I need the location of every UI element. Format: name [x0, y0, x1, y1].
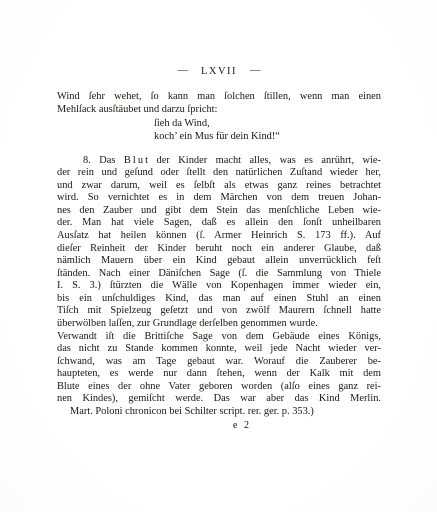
page-number: LXVII [201, 66, 237, 77]
text-line: nes den Zauber und gibt dem Stein das me… [57, 205, 381, 218]
text-line: Mehlſack ausſtäubet und darzu ſpricht: [57, 103, 381, 116]
text-line: ſtänden. Nach einer Däniſchen Sage (ſ. d… [57, 268, 381, 281]
text-line: Wind ſehr wehet, ſo kann man ſolchen ſti… [57, 90, 381, 103]
citation-line: Mart. Poloni chronicon bei Schilter scri… [57, 406, 381, 419]
running-head: —LXVII— [57, 66, 381, 77]
section-paragraph: 8. Das B l u t der Kinder macht alles, w… [57, 155, 381, 419]
verse-line: koch’ ein Mus für dein Kind!“ [57, 130, 381, 143]
text-line: dieſer Reinheit der Kinder beruht noch e… [57, 243, 381, 256]
text-line: haupteten, es werde nur dann ſtehen, wen… [57, 368, 381, 381]
verse-line: ſieh da Wind, [57, 117, 381, 130]
text-line: Ausſatz hat heilen können (ſ. Armer Hein… [57, 230, 381, 243]
text-line: der. Man hat viele Sagen, daß es allein … [57, 217, 381, 230]
text-line: Blute eines der ohne Vater geboren worde… [57, 381, 381, 394]
text-line: überwölben laſſen, zur Grundlage derſelb… [57, 318, 381, 331]
text-line: nen Kindes), gemiſcht werde. Das war abe… [57, 393, 381, 406]
text-line: Tiſch mit Spielzeug geſetzt und von zwöl… [57, 305, 381, 318]
head-left-dash: — [177, 65, 188, 76]
text-line: nämlich Mauern über ein Kind gebaut alle… [57, 255, 381, 268]
text-line: das nicht zu Stande kommen konnte, weil … [57, 343, 381, 356]
intro-paragraph: Wind ſehr wehet, ſo kann man ſolchen ſti… [57, 90, 381, 143]
text-line: Verwandt iſt die Brittiſche Sage von dem… [57, 331, 381, 344]
signature-mark: e 2 [233, 420, 251, 431]
text-line: 8. Das B l u t der Kinder macht alles, w… [57, 155, 381, 168]
text-line: I. S. 3.) ſtürzten die Wälle von Kopenha… [57, 280, 381, 293]
text-line: bis ein unſchuldiges Kind, das man auf e… [57, 293, 381, 306]
head-right-dash: — [250, 65, 261, 76]
book-page: —LXVII— Wind ſehr wehet, ſo kann man ſol… [0, 0, 437, 512]
text-line: der rein und geſund oder ſtellt den natü… [57, 167, 381, 180]
text-line: ſchwand, was am Tage gebaut war. Worauf … [57, 356, 381, 369]
text-line: wird. So vernichtet es in dem Märchen vo… [57, 192, 381, 205]
text-line: und zwar darum, weil es ſelbſt als etwas… [57, 180, 381, 193]
